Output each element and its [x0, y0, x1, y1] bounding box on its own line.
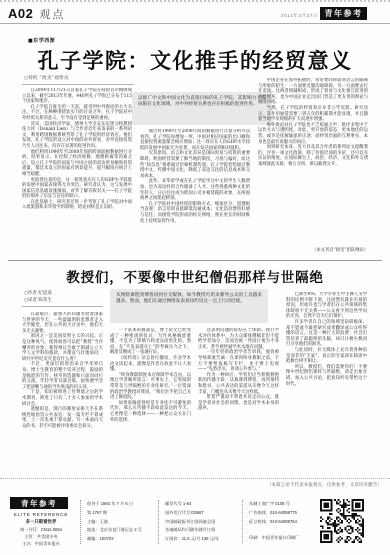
footer-info-line: 创刊于 1984 年 7 月 6 日: [87, 500, 159, 509]
footer-info-column-2: 创刊于 1984 年 7 月 6 日第 1767 期主编：王波地址：北京东直门海…: [80, 500, 159, 544]
body-paragraph: “终身教职制度本应保障学术自由，以便让学者畅所欲言；可事实上，它奖励的常常是与世…: [110, 373, 191, 401]
article1-byline: ○特约 “政见”观察员: [24, 75, 69, 81]
article2-body-column-3: 这表明问题的症结在于体制。现行学术评价体系中，为大众媒体撰稿非但不能给学者加分，…: [198, 328, 279, 474]
article2-byline-rule: [22, 306, 103, 307]
article1-body-column-3: 中国企业在海外拓展时，常常要同时面对语言的隔阂与形象的陌生：一方面要克服沟通障碍…: [258, 78, 368, 246]
body-paragraph: 自2004年11月21日首家孔子学院在韩国首尔揭牌成立以来，截至2013年年底，…: [22, 88, 132, 105]
article1-body-column-1: 自2004年11月21日首家孔子学院在韩国首尔揭牌成立以来，截至2013年年底，…: [22, 88, 132, 254]
body-paragraph: 孔子学院自诞生的一天起，就受到中外舆论的大力关注。不过，在种种围绕软实力的讨论之…: [22, 105, 132, 122]
page-disclaimer: （本版言论不代表本报观点，仅供参考，文章均有删节）: [267, 482, 382, 488]
article2-intro-box: 从网络课程到博客再到社交媒体，如今教授可用来教导公众的工具越来越多。然而，他们在…: [110, 289, 268, 323]
article2-body-column-4: 已降至8%。大学毕业生中主修人文学科的比例不断下滑，这固然有就业市场的原因，但或…: [286, 292, 367, 474]
footer-info-line: 统一刊号：CN11-0064: [10, 526, 72, 533]
body-paragraph: 如果说晦涩曾经是专业化不可避免的代价，那么在传播手段如此发达的今天，它更像是一种…: [110, 401, 191, 423]
byline-line: ○译者 陈荣生: [24, 297, 52, 304]
body-paragraph: 当然，孔子学院的经贸效应并非立竿见影。研究显示，其作用通常需要三到五年的积累期才…: [258, 106, 368, 123]
footer-info-line: 订阅价：11.5 元/月 138 元/年: [165, 535, 243, 544]
footer-info-line: 邮发代号 1-64: [165, 500, 243, 509]
footer-info-line: 第 1767 期: [87, 509, 159, 518]
body-paragraph: 孔子学院对中国经贸的影响方式，细加区分，道理相当直观：语言培训直接降低沟通成本；…: [140, 202, 250, 224]
issue-date: 2014年2月27日: [281, 13, 318, 19]
article1-intro-box: 以推广中文和中国文化为直接目标的孔子学院，其影响力不仅局限在文化领域，对中外经贸…: [132, 92, 272, 125]
body-paragraph: 带着严谨而不带着术语走向公众，既是学者对社会的回馈，也是对学术本身的滋养。: [198, 395, 279, 412]
body-paragraph: 这表明问题的症结在于体制。现行学术评价体系中，为大众媒体撰稿非但不能给学者加分，…: [198, 328, 279, 350]
body-paragraph: 与此同时，社交媒体上充斥着各种似是而非的“专家”，真正的专家却在缺席中把舞台拱手…: [286, 348, 367, 365]
footer-info-line: 主管：共青团中央: [10, 533, 72, 540]
article1-body-column-2: 通过对1990年至2008年间的数据进行计量分析可以看到，孔子学院每增加一所，中…: [140, 129, 250, 254]
article2-body-column-1: 在最艰巨、最重大的问题考验着国家与世界的今天，一些最聪明的思想者走入大学殿堂，但…: [22, 312, 103, 474]
body-paragraph: 在最艰巨、最重大的问题考验着国家与世界的今天，一些最聪明的思想者走入大学殿堂，但…: [22, 312, 103, 334]
footer-info-line: 征订热线：010-64098764: [249, 518, 321, 527]
article1-byline-rule: [22, 84, 134, 85]
footer-reg-lines: 统一刊号：CN11-0064主管：共青团中央主办：中国青年报社: [10, 526, 72, 547]
body-paragraph: 通过对1990年至2008年间的数据进行计量分析可以看到，孔子学院每增加一所，中…: [140, 129, 250, 151]
footer-english-name: ELITE REFERENCE: [10, 511, 72, 518]
footer-logo: 青年参考: [10, 497, 68, 509]
masthead-logo: 青年参考: [320, 7, 367, 20]
footer-info-line: 国外发行代号 D5567: [165, 509, 243, 518]
footer-info-line: 邮编：100702: [87, 535, 159, 544]
footer-dotted-rule: [0, 478, 390, 479]
footer-info-line: 各地邮局均可随年随月订阅: [165, 526, 243, 535]
body-paragraph: 不过，更深层的原因来自学术界自身。博士生教育的整个培养过程，鼓励的是晦涩的写作、…: [22, 362, 103, 390]
footer-publication-block: 青年参考 ELITE REFERENCE 多一只眼看世界 统一刊号：CN11-0…: [10, 497, 72, 547]
body-paragraph: 更值得注意的是，这一促进效应在人均GDP水平较低的发展中国家表现得尤为突出。研究…: [22, 178, 132, 200]
body-paragraph: 已降至8%。大学毕业生中主修人文学科的比例不断下滑，这固然有就业市场的原因，但或…: [286, 292, 367, 320]
page-top-perforation: [0, 0, 390, 2]
edition-number: A02: [8, 6, 33, 21]
footer-slogan: 多一只眼看世界: [10, 518, 72, 525]
body-paragraph: 《纽约客》杂志曾打趣说，许多学术论文读起来，就像是作者在故意不让人看懂。: [110, 356, 191, 373]
body-paragraph: 究其原因，语言和文化差异是国际贸易与投资的重要障碍。跨国经营需要了解当地的制度、…: [140, 151, 250, 179]
body-paragraph: 遗憾的是，现行的制度安排几乎在系统性地惩罚公共表达：发一篇专栏不算成果，上一次电…: [22, 407, 103, 429]
header-rule: [0, 23, 390, 24]
body-paragraph: 一位年轻的政治学者告诉我，他曾被导师郑重告诫：在拿到终身教职之前，千万不要给报纸…: [198, 350, 279, 372]
footer-info-line: 印刷：中国青年报社印刷厂: [249, 534, 321, 543]
byline-line: ○作者 纪思道: [24, 290, 52, 297]
body-paragraph: 其实，美国经济学家、德州大学圣安东尼奥分校教授连大祥（Donald Lien）与…: [22, 122, 132, 150]
article2-body-column-2: 一个基本的挑战是，博士论文已经变成了一种密闭的仪式：写作风格晦涩难懂，不是为了影…: [110, 328, 191, 474]
body-paragraph: 此外，来华留学或在孔子学院学习中文的学生人数增加，也为双边经贸合作储备了人才。这…: [140, 179, 250, 201]
masthead-footer: 青年参考 ELITE REFERENCE 多一只眼看世界 统一刊号：CN11-0…: [0, 494, 390, 550]
article1-attribution: （本文刊自“政见”团队网站）: [258, 247, 368, 253]
body-paragraph: 作为一种回应，学者们应当积极拥抱新的传播手段：从慕课到博客，再到推特和脸书，公共…: [198, 373, 279, 395]
footer-info-line: 地址：北京东直门海运仓 2 号: [87, 526, 159, 535]
footer-info-column-3: 邮发代号 1-64国外发行代号 D5567中国邮政报刊订阅网遍全国各地邮局均可随…: [158, 500, 243, 544]
section-name: 观点: [39, 6, 65, 22]
footer-info-column-4: 东城工商广字 0106 号广告热线：010-64098775征订热线：010-6…: [242, 500, 321, 543]
body-paragraph: 原因之一是美国反智主义的兴起。正是这种风气，使得政客可以把“教授”当作嘲弄的对象…: [22, 334, 103, 362]
page-header: A02 观点: [8, 6, 65, 22]
footer-info-line: 东城工商广字 0106 号: [249, 500, 321, 509]
footer-info-line: 主编：王波: [87, 518, 159, 527]
body-paragraph: 所以，教授们，我们需要你们！不要像中世纪僧侣那样与世隔绝，请走出象牙塔，加入公共…: [286, 365, 367, 387]
body-paragraph: 海外舆论对孔子学院也不乏质疑之声，批评多集中于运作方式与透明度。对此，更开放的姿…: [258, 123, 368, 145]
footer-info-line: 主办：中国青年报社: [10, 540, 72, 547]
article1-column-label: ■东学西渐: [28, 37, 55, 44]
body-paragraph: 中国企业在海外拓展时，常常要同时面对语言的隔阂与形象的陌生：一方面要克服沟通障碍…: [258, 78, 368, 106]
body-paragraph: 于是，知识被锁进了付费墙之后的学术期刊，锁进了只有二十多人参加的学术研讨会。: [22, 390, 103, 407]
article2-headline: 教授们，不要像中世纪僧侣那样与世隔绝: [20, 266, 370, 286]
article2-bylines: ○作者 纪思道○译者 陈荣生: [24, 290, 52, 304]
qr-code: [320, 499, 364, 543]
article1-headline: 孔子学院：文化推手的经贸意义: [20, 45, 370, 75]
body-paragraph: 许多学者在自己的领域里钻研极深，却不愿或不敢把研究成果翻译成公众听得懂的语言。这…: [286, 320, 367, 348]
body-paragraph: 回到研究本身。连大祥及其合作者的系列论文提醒我们，评价一项文化政策，除了价值层面…: [258, 145, 368, 167]
footer-info-line: 广告热线：010-64098775: [249, 509, 321, 518]
body-paragraph: 他们利用1990年至2008年间的跨国面板数据进行分析，结果显示，在控制了经济规…: [22, 150, 132, 178]
article-divider-rule: [8, 260, 382, 261]
body-paragraph: 在此基础上，研究者还进一步考察了孔子学院对中国入境旅游和来华留学的影响，结论同样…: [22, 200, 132, 211]
body-paragraph: 一个基本的挑战是，博士论文已经变成了一种密闭的仪式：写作风格晦涩难懂，不是为了影…: [110, 328, 191, 356]
footer-info-line: 中国邮政报刊订阅网遍全国: [165, 518, 243, 527]
newspaper-page: A02 观点 2014年2月27日 青年参考 ■东学西渐 孔子学院：文化推手的经…: [0, 0, 390, 555]
